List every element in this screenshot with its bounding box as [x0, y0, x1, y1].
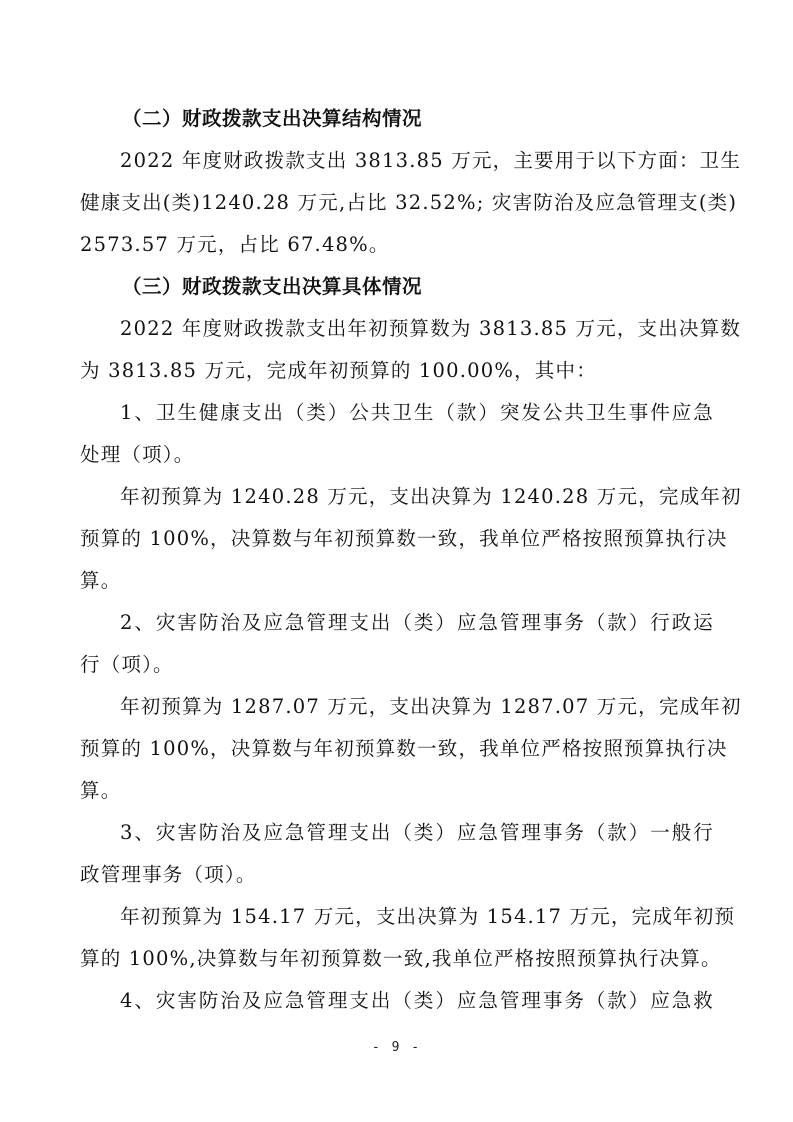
paragraph-line: 算的 100%,决算数与年初预算数一致,我单位严格按照预算执行决算。 [80, 938, 714, 980]
paragraph-line: 年初预算为 1287.07 万元，支出决算为 1287.07 万元，完成年初 [80, 686, 714, 728]
paragraph-line: 算。 [80, 560, 714, 602]
paragraph-line: 4、灾害防治及应急管理支出（类）应急管理事务（款）应急救 [80, 980, 714, 1022]
item-3-detail: 年初预算为 154.17 万元，支出决算为 154.17 万元，完成年初预 算的… [80, 896, 714, 980]
paragraph-line: 预算的 100%，决算数与年初预算数一致，我单位严格按照预算执行决 [80, 518, 714, 560]
item-1-title: 1、卫生健康支出（类）公共卫生（款）突发公共卫生事件应急 处理（项）。 [80, 392, 714, 476]
paragraph-line: 政管理事务（项）。 [80, 854, 714, 896]
item-2-title: 2、灾害防治及应急管理支出（类）应急管理事务（款）行政运 行（项）。 [80, 602, 714, 686]
paragraph-line: 为 3813.85 万元，完成年初预算的 100.00%，其中： [80, 350, 714, 392]
item-3-title: 3、灾害防治及应急管理支出（类）应急管理事务（款）一般行 政管理事务（项）。 [80, 812, 714, 896]
paragraph-line: 2022 年度财政拨款支出年初预算数为 3813.85 万元，支出决算数 [80, 308, 714, 350]
item-4-title: 4、灾害防治及应急管理支出（类）应急管理事务（款）应急救 [80, 980, 714, 1022]
paragraph-intro: 2022 年度财政拨款支出年初预算数为 3813.85 万元，支出决算数 为 3… [80, 308, 714, 392]
paragraph: 2022 年度财政拨款支出 3813.85 万元，主要用于以下方面：卫生 健康支… [80, 140, 714, 266]
paragraph-line: 2、灾害防治及应急管理支出（类）应急管理事务（款）行政运 [80, 602, 714, 644]
paragraph-line: 年初预算为 154.17 万元，支出决算为 154.17 万元，完成年初预 [80, 896, 714, 938]
item-1-detail: 年初预算为 1240.28 万元，支出决算为 1240.28 万元，完成年初 预… [80, 476, 714, 602]
paragraph-line: 行（项）。 [80, 644, 714, 686]
paragraph-line: 处理（项）。 [80, 434, 714, 476]
paragraph-line: 算。 [80, 770, 714, 812]
item-2-detail: 年初预算为 1287.07 万元，支出决算为 1287.07 万元，完成年初 预… [80, 686, 714, 812]
paragraph-line: 1、卫生健康支出（类）公共卫生（款）突发公共卫生事件应急 [80, 392, 714, 434]
paragraph-line: 健康支出(类)1240.28 万元,占比 32.52%; 灾害防治及应急管理支(… [80, 182, 714, 224]
document-page: （二）财政拨款支出决算结构情况 2022 年度财政拨款支出 3813.85 万元… [80, 98, 714, 1022]
paragraph-line: 年初预算为 1240.28 万元，支出决算为 1240.28 万元，完成年初 [80, 476, 714, 518]
section-heading-2: （二）财政拨款支出决算结构情况 [80, 98, 714, 140]
paragraph-line: 2022 年度财政拨款支出 3813.85 万元，主要用于以下方面：卫生 [80, 140, 714, 182]
section-heading-3: （三）财政拨款支出决算具体情况 [80, 266, 714, 308]
paragraph-line: 预算的 100%，决算数与年初预算数一致，我单位严格按照预算执行决 [80, 728, 714, 770]
paragraph-line: 2573.57 万元，占比 67.48%。 [80, 224, 714, 266]
page-number: - 9 - [0, 1040, 793, 1055]
paragraph-line: 3、灾害防治及应急管理支出（类）应急管理事务（款）一般行 [80, 812, 714, 854]
